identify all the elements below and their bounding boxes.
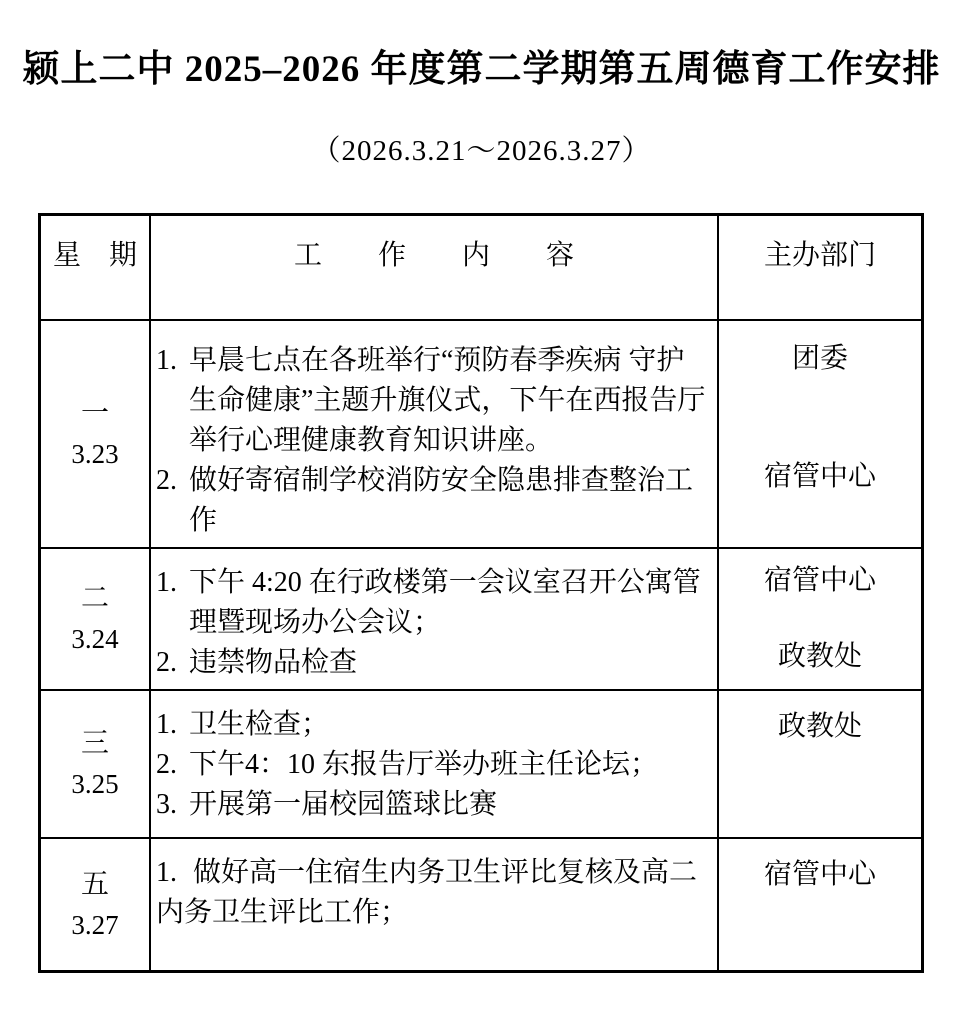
table-row: 二 3.24 1. 下午 4:20 在行政楼第一会议室召开公寓管理暨现场办公会议… [41, 549, 921, 691]
department-cell: 宿管中心 政教处 [719, 549, 921, 691]
table-row: 三 3.25 1. 卫生检查； 2. 下午4：10 东报告厅举办班主任论坛； 3… [41, 691, 921, 839]
item-text: 做好高一住宿生内务卫生评比复核及高二内务卫生评比工作； [156, 857, 697, 928]
header-department: 主办部门 [719, 216, 921, 321]
item-number: 2. [156, 745, 189, 785]
item-number: 1. [156, 705, 189, 745]
item-number: 3. [156, 785, 189, 825]
department-label: 政教处 [778, 707, 862, 747]
item-text: 做好寄宿制学校消防安全隐患排查整治工作 [189, 461, 709, 541]
table-row: 五 3.27 1. 做好高一住宿生内务卫生评比复核及高二内务卫生评比工作； 宿管… [41, 839, 921, 970]
date-label: 3.27 [71, 905, 118, 945]
work-content-cell: 1. 下午 4:20 在行政楼第一会议室召开公寓管理暨现场办公会议； 2. 违禁… [151, 549, 719, 691]
work-item: 1. 卫生检查； [156, 705, 709, 745]
department-label: 宿管中心 [764, 561, 876, 601]
date-label: 3.25 [71, 764, 118, 804]
table-row: 一 3.23 1. 早晨七点在各班举行“预防春季疾病 守护生命健康”主题升旗仪式… [41, 321, 921, 549]
department-label: 团委 [792, 339, 848, 379]
work-item: 3. 开展第一届校园篮球比赛 [156, 785, 709, 825]
department-cell: 宿管中心 [719, 839, 921, 970]
day-cell: 五 3.27 [41, 839, 151, 970]
item-text: 早晨七点在各班举行“预防春季疾病 守护生命健康”主题升旗仪式，下午在西报告厅举行… [189, 341, 709, 461]
day-cell: 一 3.23 [41, 321, 151, 549]
work-item: 1. 做好高一住宿生内务卫生评比复核及高二内务卫生评比工作； [156, 853, 709, 933]
weekday-label: 一 [81, 394, 109, 434]
date-label: 3.23 [71, 434, 118, 474]
work-item: 2. 下午4：10 东报告厅举办班主任论坛； [156, 745, 709, 785]
day-cell: 三 3.25 [41, 691, 151, 839]
department-cell: 团委 宿管中心 [719, 321, 921, 549]
header-day: 星 期 [41, 216, 151, 321]
item-text: 开展第一届校园篮球比赛 [189, 785, 709, 825]
page-title: 颍上二中 2025–2026 年度第二学期第五周德育工作安排 [0, 38, 963, 92]
weekday-label: 二 [81, 579, 109, 619]
date-range-subtitle: （2026.3.21～2026.3.27） [0, 128, 963, 169]
work-item: 2. 做好寄宿制学校消防安全隐患排查整治工作 [156, 461, 709, 541]
department-label: 宿管中心 [764, 457, 876, 497]
work-content-cell: 1. 卫生检查； 2. 下午4：10 东报告厅举办班主任论坛； 3. 开展第一届… [151, 691, 719, 839]
work-item: 1. 下午 4:20 在行政楼第一会议室召开公寓管理暨现场办公会议； [156, 563, 709, 643]
item-text: 违禁物品检查 [189, 643, 709, 683]
weekday-label: 三 [81, 724, 109, 764]
item-number: 2. [156, 643, 189, 683]
department-label: 政教处 [778, 637, 862, 677]
day-cell: 二 3.24 [41, 549, 151, 691]
item-number: 1. [156, 341, 189, 381]
work-item: 1. 早晨七点在各班举行“预防春季疾病 守护生命健康”主题升旗仪式，下午在西报告… [156, 341, 709, 461]
schedule-table: 星 期 工 作 内 容 主办部门 一 3.23 1. 早晨七点在各班举行“预防春… [38, 213, 924, 973]
work-content-cell: 1. 做好高一住宿生内务卫生评比复核及高二内务卫生评比工作； [151, 839, 719, 970]
document-page: { "page": { "title": "颍上二中 2025–2026 年度第… [0, 0, 963, 1014]
department-cell: 政教处 [719, 691, 921, 839]
weekday-label: 五 [81, 865, 109, 905]
department-label: 宿管中心 [764, 855, 876, 895]
item-number: 2. [156, 461, 189, 501]
work-item: 2. 违禁物品检查 [156, 643, 709, 683]
date-label: 3.24 [71, 619, 118, 659]
item-text: 卫生检查； [189, 705, 709, 745]
work-content-cell: 1. 早晨七点在各班举行“预防春季疾病 守护生命健康”主题升旗仪式，下午在西报告… [151, 321, 719, 549]
item-number: 1. [156, 563, 189, 603]
item-text: 下午4：10 东报告厅举办班主任论坛； [189, 745, 709, 785]
item-text: 下午 4:20 在行政楼第一会议室召开公寓管理暨现场办公会议； [189, 563, 709, 643]
header-work-content: 工 作 内 容 [151, 216, 719, 321]
item-number: 1. [156, 857, 186, 888]
table-header-row: 星 期 工 作 内 容 主办部门 [41, 216, 921, 321]
